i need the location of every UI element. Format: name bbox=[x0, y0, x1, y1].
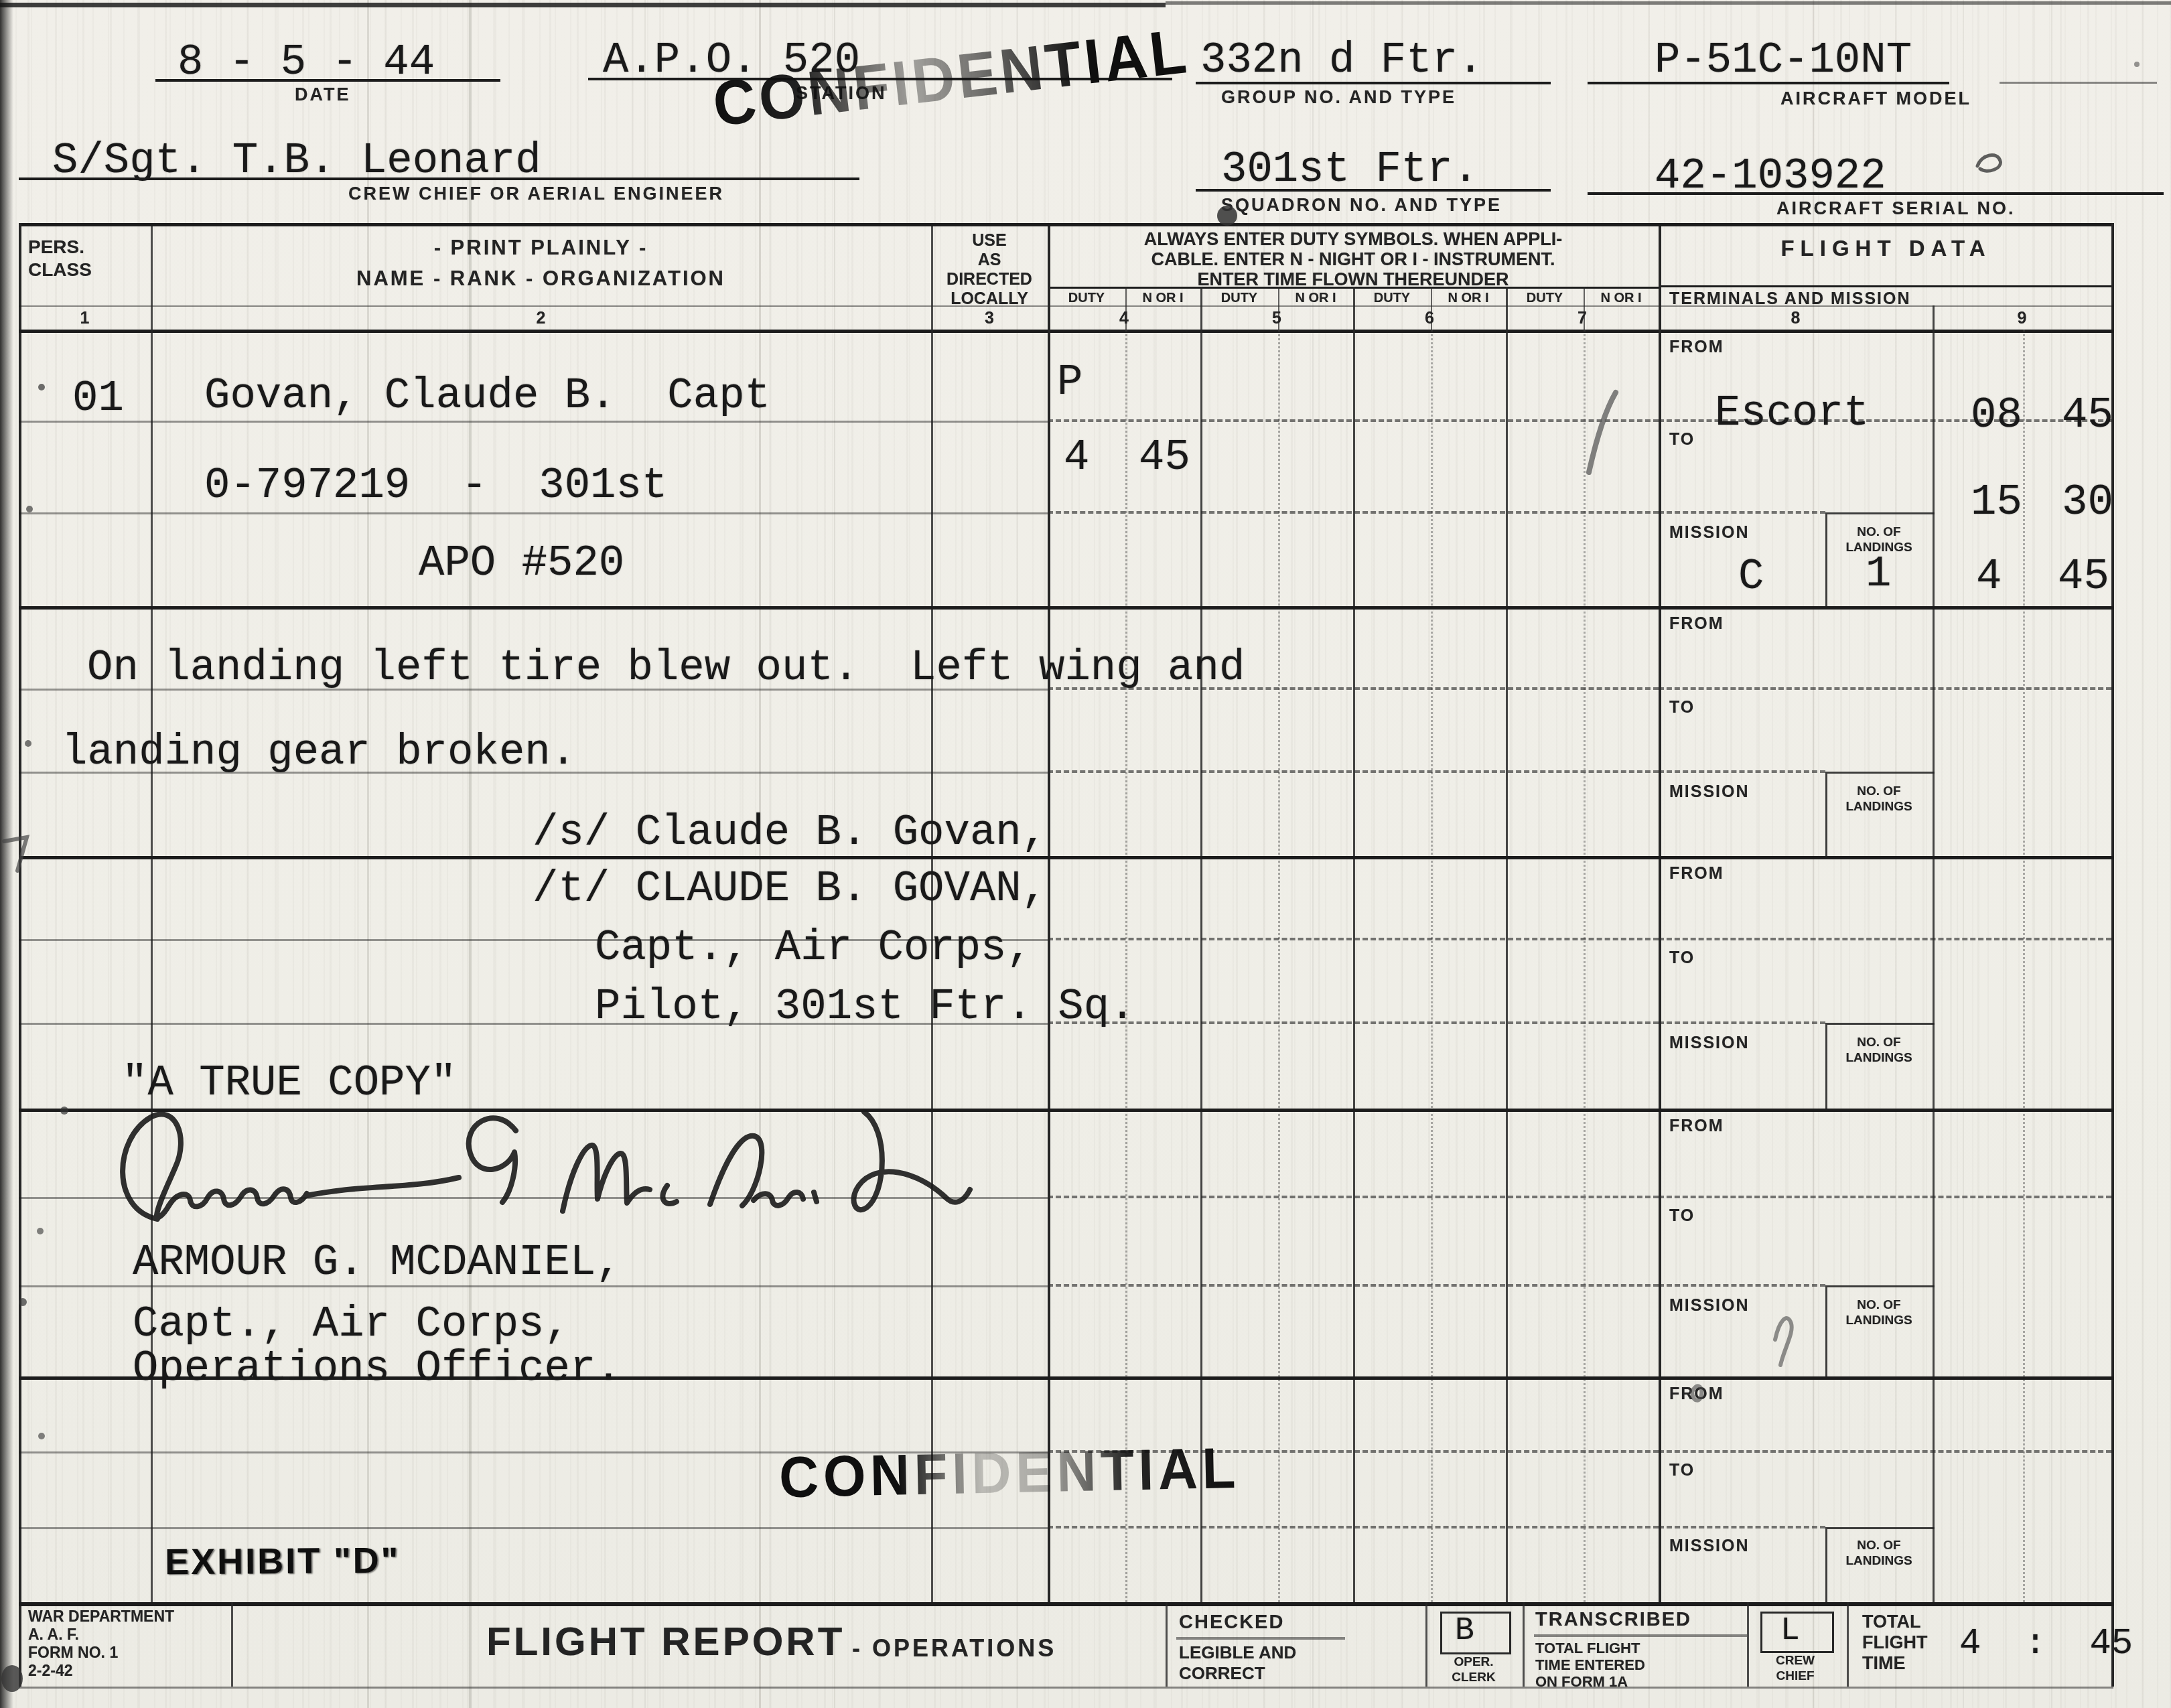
checked-underline bbox=[1176, 1637, 1345, 1640]
total-flight-time-label: TOTAL FLIGHT TIME bbox=[1862, 1612, 1927, 1674]
grid-dotted-line bbox=[1125, 330, 1127, 1602]
row-rule bbox=[19, 421, 1048, 423]
entry-apo: APO #520 bbox=[419, 540, 624, 588]
nori-col-header: N OR I bbox=[1431, 291, 1506, 306]
grid-line bbox=[1125, 287, 1127, 330]
entry-mission-code: C bbox=[1738, 553, 1764, 601]
grid-dotted-line bbox=[2023, 330, 2025, 1602]
signature-rank-line: Capt., Air Corps, bbox=[595, 924, 1032, 973]
signature-t-line: /t/ CLAUDE B. GOVAN, bbox=[533, 865, 1047, 914]
duty-col-header: DUTY bbox=[1506, 291, 1584, 306]
entry-duty-symbol: P bbox=[1057, 359, 1082, 407]
duty-col-header: DUTY bbox=[1200, 291, 1278, 306]
row-rule-dashed bbox=[1048, 938, 1659, 940]
to-label: TO bbox=[1669, 1206, 1695, 1226]
to-label: TO bbox=[1669, 698, 1695, 717]
transcribed-label: TRANSCRIBED bbox=[1535, 1609, 1691, 1631]
row-rule-dashed bbox=[1659, 1526, 1825, 1528]
squadron-label: SQUADRON NO. AND TYPE bbox=[1221, 195, 1502, 216]
col-number-6: 6 bbox=[1353, 309, 1506, 328]
crew-chief-underline bbox=[19, 177, 859, 180]
transcribed-sub-label: TOTAL FLIGHT TIME ENTERED ON FORM 1A bbox=[1535, 1640, 1645, 1690]
signature-s-line: /s/ Claude B. Govan, bbox=[533, 809, 1047, 857]
entry-total-mm: 45 bbox=[2058, 553, 2109, 601]
crew-chief-label: CREW CHIEF OR AERIAL ENGINEER bbox=[348, 184, 724, 204]
scan-edge-top bbox=[1166, 1, 2171, 5]
entry-mission: Escort bbox=[1715, 390, 1869, 438]
scan-edge-left bbox=[0, 0, 13, 1708]
grid-line bbox=[1353, 287, 1355, 1602]
aircraft-model-value: P-51C-10NT bbox=[1655, 37, 1912, 85]
col-number-4: 4 bbox=[1048, 309, 1200, 328]
footer-subtitle: - OPERATIONS bbox=[852, 1634, 1056, 1662]
oper-clerk-label: OPER. CLERK bbox=[1433, 1654, 1514, 1685]
grid-line bbox=[1659, 226, 1661, 1602]
certifier-title-line: Operations Officer. bbox=[133, 1345, 622, 1393]
duty-instructions-header: ALWAYS ENTER DUTY SYMBOLS. WHEN APPLI- C… bbox=[1053, 229, 1653, 289]
certifier-rank-line: Capt., Air Corps, bbox=[133, 1301, 570, 1349]
landings-label: NO. OF LANDINGS bbox=[1829, 1035, 1929, 1066]
col-number-9: 9 bbox=[1933, 309, 2111, 328]
to-label: TO bbox=[1669, 1461, 1695, 1480]
form-info: WAR DEPARTMENT A. A. F. FORM NO. 1 2-2-4… bbox=[28, 1608, 174, 1680]
entry-total-hh: 4 bbox=[1976, 553, 2002, 601]
entry-num-landings: 1 bbox=[1866, 551, 1891, 599]
entry-duty-minutes: 45 bbox=[1139, 434, 1190, 482]
duty-col-header: DUTY bbox=[1353, 291, 1431, 306]
grid-line bbox=[1200, 287, 1202, 1602]
flight-data-line bbox=[1659, 285, 2111, 287]
grid-line bbox=[1506, 287, 1508, 1602]
signature-title-line: Pilot, 301st Ftr. Sq. bbox=[595, 983, 1135, 1031]
handwritten-signature bbox=[94, 1092, 1005, 1226]
name-rank-header: NAME - RANK - ORGANIZATION bbox=[151, 267, 931, 291]
group-underline bbox=[1196, 82, 1551, 84]
date-label: DATE bbox=[295, 84, 351, 105]
row-rule-dashed bbox=[1048, 511, 1659, 514]
print-plainly-header: - PRINT PLAINLY - bbox=[151, 236, 931, 260]
mission-label: MISSION bbox=[1669, 1537, 1750, 1556]
entry-takeoff-hh: 08 bbox=[1971, 392, 2022, 440]
aircraft-model-label: AIRCRAFT MODEL bbox=[1780, 88, 1971, 109]
entry-name: Govan, Claude B. Capt bbox=[204, 372, 770, 421]
pers-class-header: PERS. CLASS bbox=[28, 236, 92, 281]
mission-label: MISSION bbox=[1669, 1296, 1750, 1315]
scan-edge-top bbox=[0, 3, 1166, 7]
confidential-stamp-top: CONFIDENTIAL bbox=[709, 15, 1193, 141]
group-label: GROUP NO. AND TYPE bbox=[1221, 87, 1456, 108]
confidential-stamp-bottom: CONFIDENTIAL bbox=[778, 1435, 1241, 1511]
row-rule bbox=[19, 512, 1048, 514]
squadron-value: 301st Ftr. bbox=[1221, 146, 1478, 194]
grid-line bbox=[1933, 305, 1935, 1602]
row-rule-dashed bbox=[1048, 770, 1659, 773]
oper-clerk-initial: B bbox=[1455, 1613, 1474, 1649]
col-number-5: 5 bbox=[1200, 309, 1353, 328]
table-left-border bbox=[19, 223, 21, 1687]
remarks-line1: On landing left tire blew out. Left wing… bbox=[87, 644, 1245, 693]
row-rule bbox=[19, 1527, 1048, 1529]
row-rule-dashed bbox=[1048, 1526, 1659, 1528]
checked-sub-label: LEGIBLE AND CORRECT bbox=[1179, 1642, 1296, 1684]
grid-line bbox=[231, 1602, 233, 1687]
exhibit-stamp: EXHIBIT "D" bbox=[165, 1540, 401, 1583]
from-label: FROM bbox=[1669, 1384, 1724, 1404]
grid-line bbox=[1431, 287, 1432, 330]
nori-col-header: N OR I bbox=[1584, 291, 1659, 306]
mission-label: MISSION bbox=[1669, 1034, 1750, 1053]
footer-title: FLIGHT REPORT bbox=[486, 1618, 845, 1664]
mission-label: MISSION bbox=[1669, 523, 1750, 543]
entry-takeoff-mm: 45 bbox=[2062, 392, 2113, 440]
aircraft-model-underline-2 bbox=[2000, 82, 2157, 84]
row-rule-dashed bbox=[1048, 1284, 1659, 1287]
row-rule-dashed bbox=[1048, 1021, 1659, 1024]
landings-label: NO. OF LANDINGS bbox=[1829, 784, 1929, 814]
flight-data-header: FLIGHT DATA bbox=[1659, 236, 2113, 261]
grid-line bbox=[1747, 1602, 1749, 1687]
band-border bbox=[19, 606, 2113, 610]
grid-dotted-line bbox=[1431, 330, 1433, 1602]
from-label: FROM bbox=[1669, 1117, 1724, 1136]
grid-line bbox=[1048, 226, 1050, 1602]
row-rule-dashed bbox=[1659, 770, 1825, 773]
mission-label: MISSION bbox=[1669, 782, 1750, 802]
transcribed-underline bbox=[1534, 1634, 1747, 1637]
row-rule-dashed bbox=[1659, 1450, 2111, 1453]
row-rule-dashed bbox=[1659, 1021, 1825, 1024]
crew-chief-label: CREW CHIEF bbox=[1755, 1653, 1835, 1684]
row-rule-dashed bbox=[1659, 1284, 1825, 1287]
nori-col-header: N OR I bbox=[1125, 291, 1200, 306]
entry-landing-hh: 15 bbox=[1971, 479, 2022, 527]
entry-landing-mm: 30 bbox=[2062, 479, 2113, 527]
col-number-3: 3 bbox=[931, 309, 1048, 328]
row-rule-dashed bbox=[1048, 419, 1659, 422]
use-locally-header: USE AS DIRECTED LOCALLY bbox=[931, 231, 1048, 309]
table-top-border bbox=[19, 223, 2113, 226]
row-rule-dashed bbox=[1659, 511, 1825, 514]
grid-line bbox=[151, 226, 153, 1602]
entry-pers-class: 01 bbox=[72, 375, 124, 423]
row-rule-dashed bbox=[1659, 1196, 2111, 1198]
checked-label: CHECKED bbox=[1179, 1612, 1284, 1634]
serial-label: AIRCRAFT SERIAL NO. bbox=[1776, 198, 2016, 219]
grid-line bbox=[1523, 1602, 1525, 1687]
from-label: FROM bbox=[1669, 864, 1724, 883]
flight-report-page: 8 - 5 - 44 DATE A.P.O. 520 STATION CONFI… bbox=[0, 0, 2171, 1708]
footer-top-border bbox=[19, 1602, 2113, 1606]
nori-col-header: N OR I bbox=[1278, 291, 1353, 306]
grid-line bbox=[1847, 1602, 1849, 1687]
entry-duty-hours: 4 bbox=[1064, 434, 1089, 482]
table-right-border bbox=[2111, 223, 2114, 1687]
col-number-7: 7 bbox=[1506, 309, 1659, 328]
row-rule-dashed bbox=[1048, 1196, 1659, 1198]
from-label: FROM bbox=[1669, 338, 1724, 357]
duty-col-header: DUTY bbox=[1048, 291, 1125, 306]
to-label: TO bbox=[1669, 430, 1695, 449]
total-flight-time-value: 4 : 45 bbox=[1959, 1624, 2133, 1664]
serial-underline bbox=[1588, 192, 2164, 195]
aircraft-model-underline bbox=[1588, 82, 1949, 84]
date-underline bbox=[155, 79, 500, 82]
col-number-1: 1 bbox=[19, 309, 151, 328]
landings-label: NO. OF LANDINGS bbox=[1829, 1538, 1929, 1569]
oper-clerk-checkbox bbox=[1440, 1612, 1511, 1654]
from-label: FROM bbox=[1669, 614, 1724, 634]
grid-line bbox=[1166, 1602, 1168, 1687]
grid-line bbox=[1584, 287, 1585, 330]
grid-line bbox=[1425, 1602, 1427, 1687]
header-bottom-border bbox=[19, 330, 2113, 333]
col-number-2: 2 bbox=[151, 309, 931, 328]
band-border bbox=[19, 856, 2113, 859]
footer-bottom-border bbox=[19, 1687, 2113, 1689]
to-label: TO bbox=[1669, 948, 1695, 968]
entry-serial: 0-797219 - 301st bbox=[204, 462, 667, 510]
remarks-line2: landing gear broken. bbox=[62, 729, 576, 777]
row-rule-dashed bbox=[1659, 938, 2111, 940]
number-strip-line bbox=[19, 305, 2113, 307]
squadron-underline bbox=[1196, 189, 1551, 192]
grid-dotted-line bbox=[1584, 330, 1586, 1602]
group-value: 332n d Ftr. bbox=[1200, 37, 1483, 85]
grid-line bbox=[931, 226, 933, 1602]
certifier-name-line: ARMOUR G. MCDANIEL, bbox=[133, 1239, 622, 1287]
grid-dotted-line bbox=[1278, 330, 1280, 1602]
col-number-8: 8 bbox=[1659, 309, 1933, 328]
landings-label: NO. OF LANDINGS bbox=[1829, 1297, 1929, 1328]
crew-chief-initial: L bbox=[1780, 1613, 1800, 1649]
row-rule-dashed bbox=[1659, 687, 2111, 690]
grid-line bbox=[1278, 287, 1279, 330]
